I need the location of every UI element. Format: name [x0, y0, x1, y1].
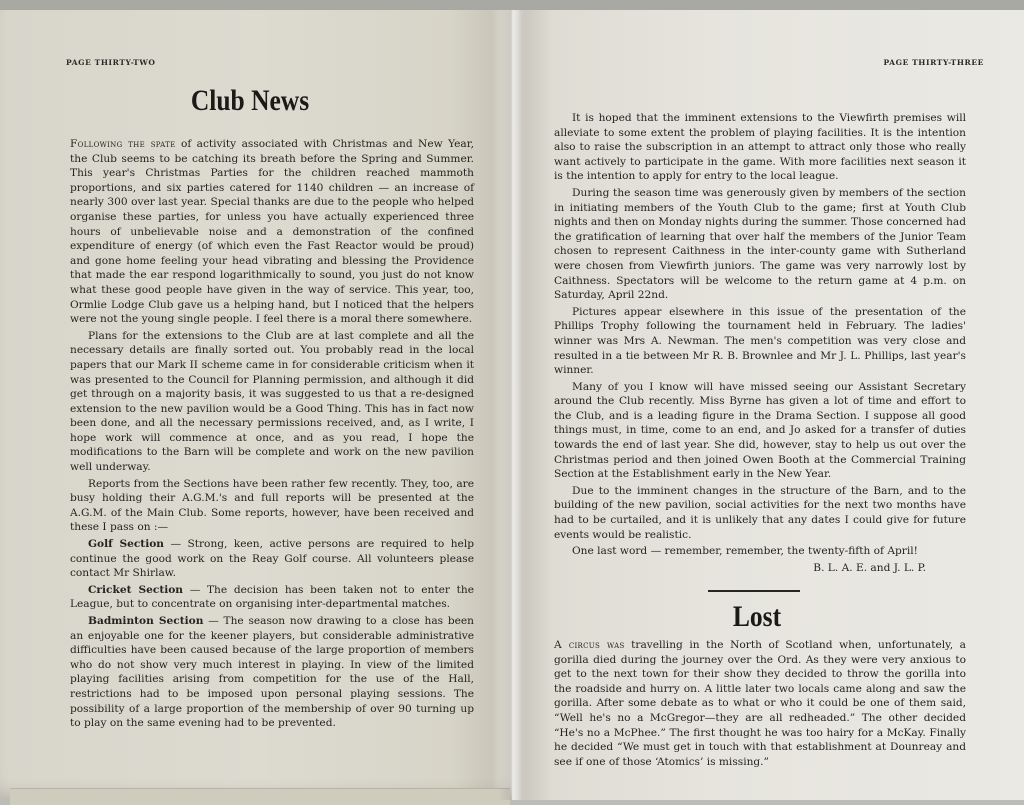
left-page: PAGE THIRTY-TWO Club News Following the … [0, 10, 512, 800]
paragraph-text: of activity associated with Christmas an… [70, 138, 474, 325]
signature: B. L. A. E. and J. L. P. [554, 561, 966, 576]
paragraph: Reports from the Sections have been rath… [70, 477, 474, 535]
section-name: Cricket Section [88, 584, 183, 596]
section-name: Badminton Section [88, 615, 203, 627]
lead-in-smallcaps: A circus was [554, 639, 625, 651]
open-booklet: PAGE THIRTY-TWO Club News Following the … [0, 10, 1024, 805]
lead-in-smallcaps: Following the spate [70, 138, 176, 150]
running-head-right: PAGE THIRTY-THREE [883, 58, 984, 67]
paragraph: A circus was travelling in the North of … [554, 638, 966, 769]
paragraph: Many of you I know will have missed seei… [554, 380, 966, 482]
article-title-lost: Lost [549, 600, 966, 634]
club-news-column-right: It is hoped that the imminent extensions… [554, 111, 966, 577]
background-surface [0, 0, 1024, 10]
paragraph: Plans for the extensions to the Club are… [70, 329, 474, 475]
section-report-badminton: Badminton Section — The season now drawi… [70, 614, 474, 731]
paragraph: One last word — remember, remember, the … [554, 544, 966, 559]
article-title-club-news: Club News [46, 84, 454, 118]
paragraph: Following the spate of activity associat… [70, 137, 474, 327]
page-edge [10, 788, 510, 805]
section-name: Golf Section [88, 538, 164, 550]
right-page: PAGE THIRTY-THREE It is hoped that the i… [512, 10, 1024, 800]
paragraph-text: travelling in the North of Scotland when… [554, 639, 966, 768]
section-report-cricket: Cricket Section — The decision has been … [70, 583, 474, 612]
section-report-golf: Golf Section — Strong, keen, active pers… [70, 537, 474, 581]
running-head-left: PAGE THIRTY-TWO [66, 58, 156, 67]
lost-article-column: A circus was travelling in the North of … [554, 638, 966, 771]
club-news-column-left: Following the spate of activity associat… [70, 137, 474, 733]
paragraph: Pictures appear elsewhere in this issue … [554, 305, 966, 378]
paragraph: Due to the imminent changes in the struc… [554, 484, 966, 542]
section-divider-rule [708, 590, 800, 592]
paragraph-text: — The season now drawing to a close has … [70, 615, 474, 729]
paragraph: During the season time was generously gi… [554, 186, 966, 303]
paragraph: It is hoped that the imminent extensions… [554, 111, 966, 184]
